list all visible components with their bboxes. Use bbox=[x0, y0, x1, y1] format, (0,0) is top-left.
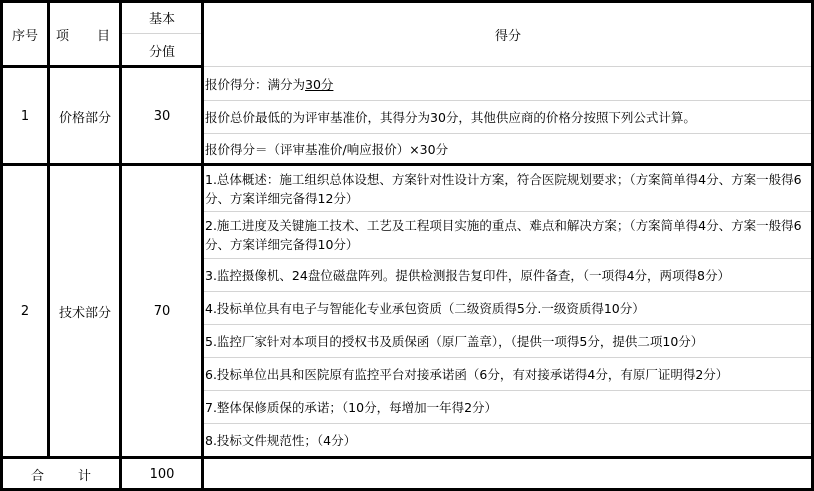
price-line-2-text: 报价总价最低的为评审基准价，其得分为30分，其他供应商的价格分按照下列公式计算。 bbox=[205, 108, 696, 127]
border bbox=[201, 0, 204, 491]
row-price-item-label: 价格部分 bbox=[59, 107, 111, 126]
total-base-value: 100 bbox=[150, 467, 175, 482]
row-price-seq: 1 bbox=[2, 68, 48, 164]
row-price-seq-value: 1 bbox=[21, 109, 29, 124]
border bbox=[0, 0, 3, 491]
divider bbox=[204, 291, 812, 292]
border bbox=[0, 0, 814, 3]
row-tech-base-value: 70 bbox=[154, 304, 171, 319]
divider bbox=[204, 423, 812, 424]
header-item-label-a: 项 bbox=[56, 25, 69, 44]
row-tech-item-label: 技术部分 bbox=[59, 302, 111, 321]
header-item: 项 目 bbox=[50, 2, 120, 66]
border bbox=[0, 163, 814, 166]
divider bbox=[204, 357, 812, 358]
header-item-label-b: 目 bbox=[97, 25, 110, 44]
price-line-3-text: 报价得分＝（评审基准价/响应报价）×30分 bbox=[205, 140, 448, 159]
border bbox=[47, 0, 50, 458]
divider bbox=[204, 100, 812, 101]
row-tech-seq-value: 2 bbox=[21, 304, 29, 319]
tech-line-1: 1.总体概述：施工组织总体设想、方案针对性设计方案，符合医院规划要求；（方案简单… bbox=[204, 166, 810, 211]
header-base-top: 基本 bbox=[122, 2, 202, 33]
border bbox=[119, 0, 122, 491]
border bbox=[0, 456, 814, 459]
row-price-item: 价格部分 bbox=[50, 68, 120, 164]
tech-line-5-text: 5.监控厂家针对本项目的授权书及质保函（原厂盖章），（提供一项得5分，提供二项1… bbox=[205, 332, 703, 351]
tech-line-2: 2.施工进度及关键施工技术、工艺及工程项目实施的重点、难点和解决方案；（方案简单… bbox=[204, 212, 810, 258]
divider bbox=[204, 390, 812, 391]
row-tech-seq: 2 bbox=[2, 166, 48, 457]
price-line-1: 报价得分：满分为30分 bbox=[204, 68, 810, 100]
row-price-base-value: 30 bbox=[154, 109, 171, 124]
total-label-b: 计 bbox=[78, 465, 91, 484]
divider bbox=[204, 66, 812, 67]
price-line-1-text: 报价得分：满分为 bbox=[205, 75, 305, 94]
tech-line-5: 5.监控厂家针对本项目的授权书及质保函（原厂盖章），（提供一项得5分，提供二项1… bbox=[204, 325, 810, 357]
tech-line-4: 4.投标单位具有电子与智能化专业承包资质（二级资质得5分.一级资质得10分） bbox=[204, 292, 810, 324]
total-base: 100 bbox=[122, 459, 202, 489]
tech-line-3-text: 3.监控摄像机、24盘位磁盘阵列。提供检测报告复印件，原件备查，（一项得4分，两… bbox=[205, 266, 730, 285]
price-line-1-underlined: 30分 bbox=[305, 75, 333, 94]
tech-line-7: 7.整体保修质保的承诺；（10分，每增加一年得2分） bbox=[204, 391, 810, 423]
tech-line-7-text: 7.整体保修质保的承诺；（10分，每增加一年得2分） bbox=[205, 398, 497, 417]
divider bbox=[204, 133, 812, 134]
total-score bbox=[204, 459, 812, 489]
price-line-3: 报价得分＝（评审基准价/响应报价）×30分 bbox=[204, 134, 810, 164]
header-seq-label: 序号 bbox=[12, 25, 38, 44]
tech-line-4-text: 4.投标单位具有电子与智能化专业承包资质（二级资质得5分.一级资质得10分） bbox=[205, 299, 645, 318]
tech-line-2-text: 2.施工进度及关键施工技术、工艺及工程项目实施的重点、难点和解决方案；（方案简单… bbox=[205, 216, 810, 254]
header-seq: 序号 bbox=[2, 2, 48, 66]
divider bbox=[204, 258, 812, 259]
row-tech-item: 技术部分 bbox=[50, 166, 120, 457]
tech-line-6-text: 6.投标单位出具和医院原有监控平台对接承诺函（6分，有对接承诺得4分，有原厂证明… bbox=[205, 365, 728, 384]
header-base-bottom: 分值 bbox=[122, 34, 202, 66]
total-label: 合 计 bbox=[2, 459, 120, 489]
divider bbox=[122, 33, 202, 34]
tech-line-3: 3.监控摄像机、24盘位磁盘阵列。提供检测报告复印件，原件备查，（一项得4分，两… bbox=[204, 259, 810, 291]
divider bbox=[204, 324, 812, 325]
header-score-label: 得分 bbox=[495, 25, 521, 44]
scoring-table: 序号 项 目 基本 分值 得分 1 价格部分 30 报价得分：满分为30分 报价… bbox=[0, 0, 814, 491]
header-score: 得分 bbox=[204, 2, 812, 66]
tech-line-8: 8.投标文件规范性；（4分） bbox=[204, 424, 810, 457]
divider bbox=[204, 211, 812, 212]
header-base-bottom-label: 分值 bbox=[149, 41, 175, 60]
tech-line-1-text: 1.总体概述：施工组织总体设想、方案针对性设计方案，符合医院规划要求；（方案简单… bbox=[205, 170, 810, 208]
header-base-top-label: 基本 bbox=[149, 8, 175, 27]
border bbox=[0, 65, 203, 68]
row-price-base: 30 bbox=[122, 68, 202, 164]
tech-line-8-text: 8.投标文件规范性；（4分） bbox=[205, 431, 356, 450]
row-tech-base: 70 bbox=[122, 166, 202, 457]
price-line-2: 报价总价最低的为评审基准价，其得分为30分，其他供应商的价格分按照下列公式计算。 bbox=[204, 101, 810, 133]
total-label-a: 合 bbox=[31, 465, 44, 484]
tech-line-6: 6.投标单位出具和医院原有监控平台对接承诺函（6分，有对接承诺得4分，有原厂证明… bbox=[204, 358, 810, 390]
